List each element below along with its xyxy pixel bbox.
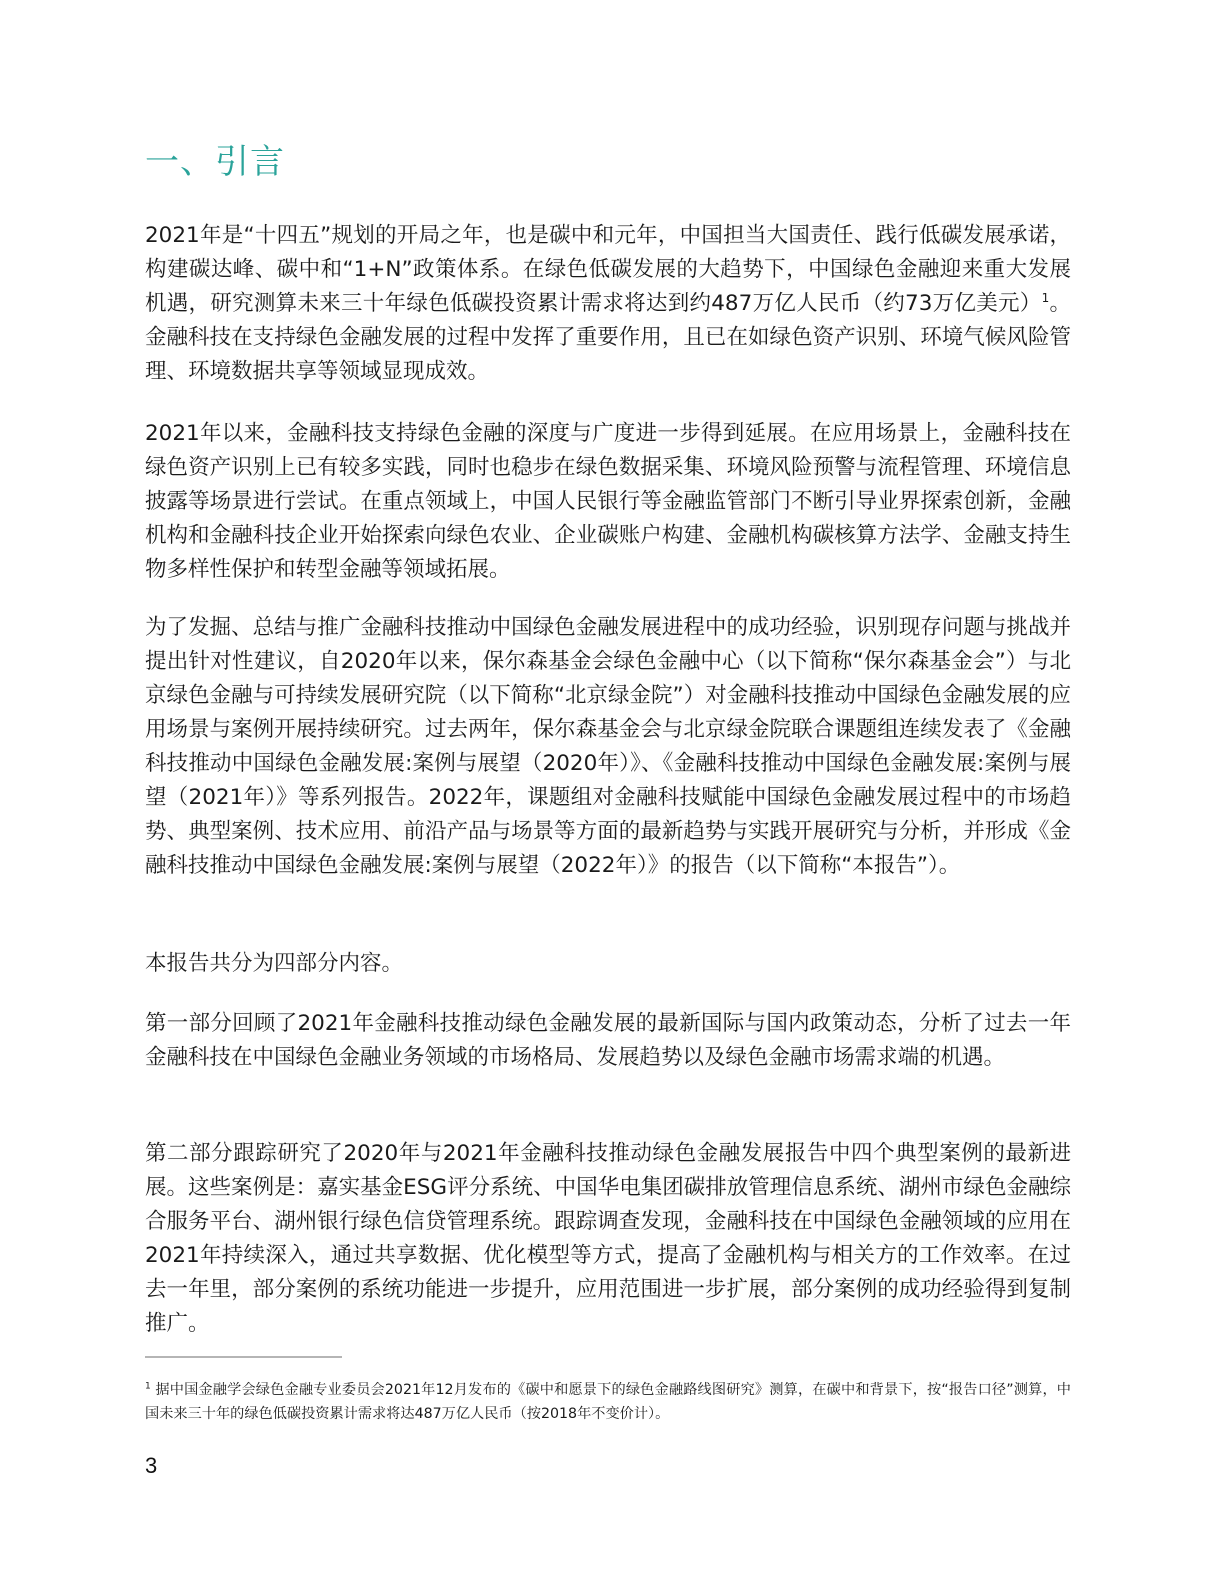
page-number: 3 [145, 1452, 157, 1480]
paragraph-6: 第二部分跟踪研究了2020年与2021年金融科技推动绿色金融发展报告中四个典型案… [145, 1137, 1071, 1341]
paragraph-2: 2021年以来，金融科技支持绿色金融的深度与广度进一步得到延展。在应用场景上，金… [145, 417, 1071, 587]
paragraph-4: 本报告共分为四部分内容。 [145, 947, 1071, 981]
paragraph-text: 2021年是“十四五”规划的开局之年，也是碳中和元年，中国担当大国责任、践行低碳… [145, 223, 1071, 316]
footnote-divider [145, 1356, 342, 1358]
section-title: 一、引言 [145, 140, 285, 184]
footnote: 1 据中国金融学会绿色金融专业委员会2021年12月发布的《碳中和愿景下的绿色金… [145, 1378, 1071, 1426]
paragraph-5: 第一部分回顾了2021年金融科技推动绿色金融发展的最新国际与国内政策动态，分析了… [145, 1007, 1071, 1075]
paragraph-1: 2021年是“十四五”规划的开局之年，也是碳中和元年，中国担当大国责任、践行低碳… [145, 219, 1071, 389]
footnote-marker: 1 [145, 1381, 151, 1391]
paragraph-3: 为了发掘、总结与推广金融科技推动中国绿色金融发展进程中的成功经验，识别现存问题与… [145, 611, 1071, 883]
footnote-text: 据中国金融学会绿色金融专业委员会2021年12月发布的《碳中和愿景下的绿色金融路… [145, 1382, 1071, 1422]
